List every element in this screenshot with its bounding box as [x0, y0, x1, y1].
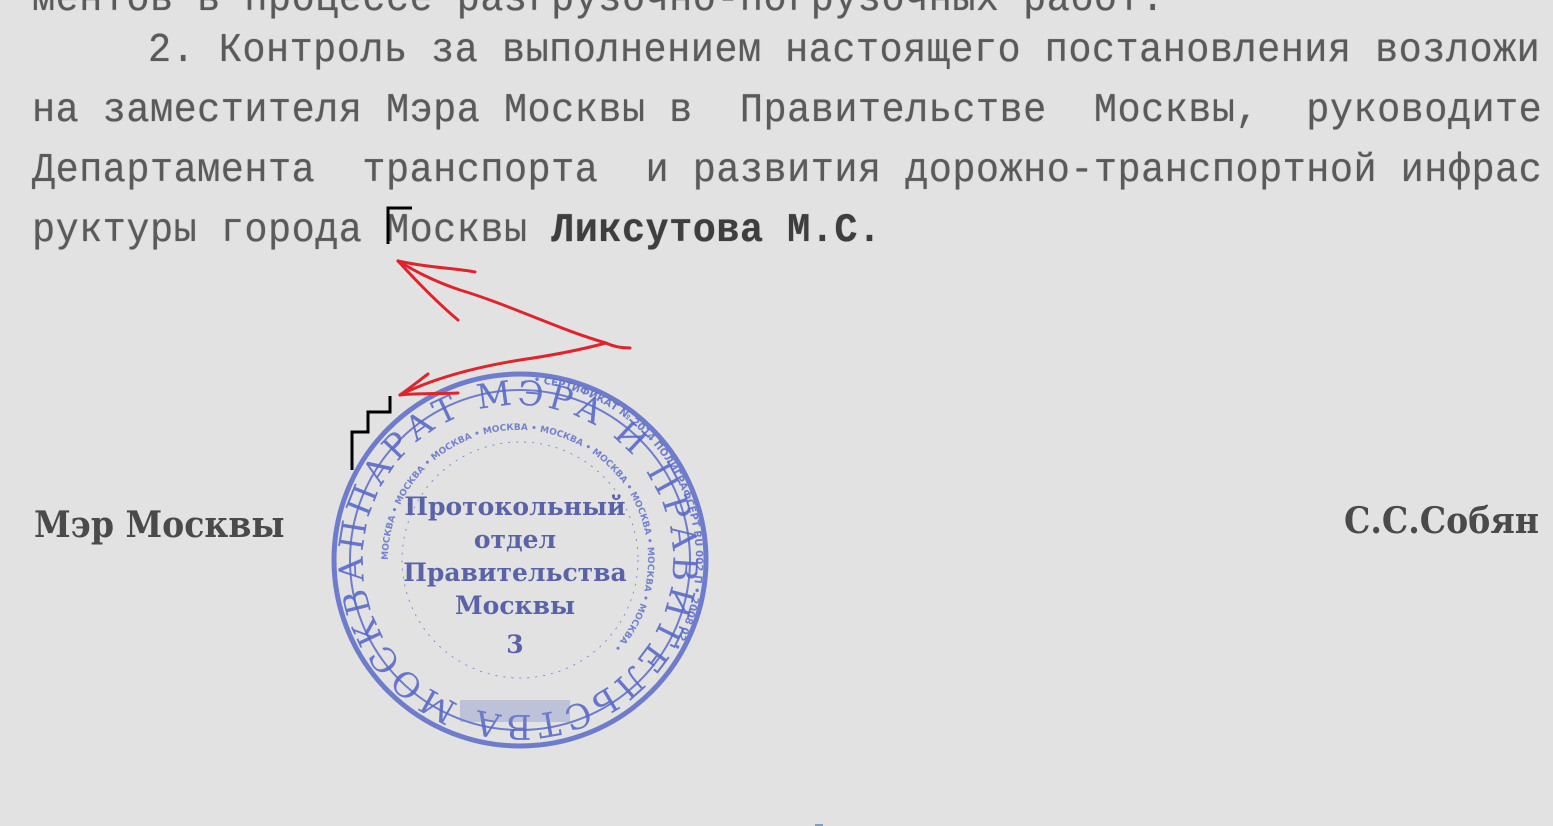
- stamp-center-line: отдел: [400, 523, 630, 556]
- red-arrow-tail: [606, 343, 630, 348]
- text-line: на заместителя Мэра Москвы в Правительст…: [32, 87, 1542, 135]
- signer-name: С.С.Собян: [1344, 500, 1539, 542]
- text-line: Департамента транспорта и развития дорож…: [32, 147, 1542, 195]
- stamp-center-number: 3: [400, 628, 630, 661]
- text-line-with-name: руктуры города Москвы Ликсутова М.С.: [32, 207, 882, 255]
- signature-position-label: Мэр Москвы: [34, 504, 285, 546]
- red-arrow-head-upper: [398, 261, 458, 320]
- red-arrow-head-upper: [398, 261, 475, 272]
- text-line-partial: ментов в процессе разгрузочно-погрузочны…: [32, 0, 1165, 24]
- text-line-paragraph-2: 2. Контроль за выполнением настоящего по…: [148, 27, 1540, 75]
- stamp-center-text: Протокольный отдел Правительства Москвы …: [400, 490, 630, 661]
- stamp-center-line: Протокольный: [400, 490, 630, 523]
- text-line-start: руктуры города Москвы: [32, 208, 551, 254]
- stamp-center-line: Правительства: [400, 556, 630, 589]
- deputy-name: Ликсутова М.С.: [551, 208, 881, 254]
- stamp-center-line: Москвы: [400, 589, 630, 622]
- red-arrow-up-icon: [398, 261, 606, 343]
- stamp-hologram: [460, 700, 570, 722]
